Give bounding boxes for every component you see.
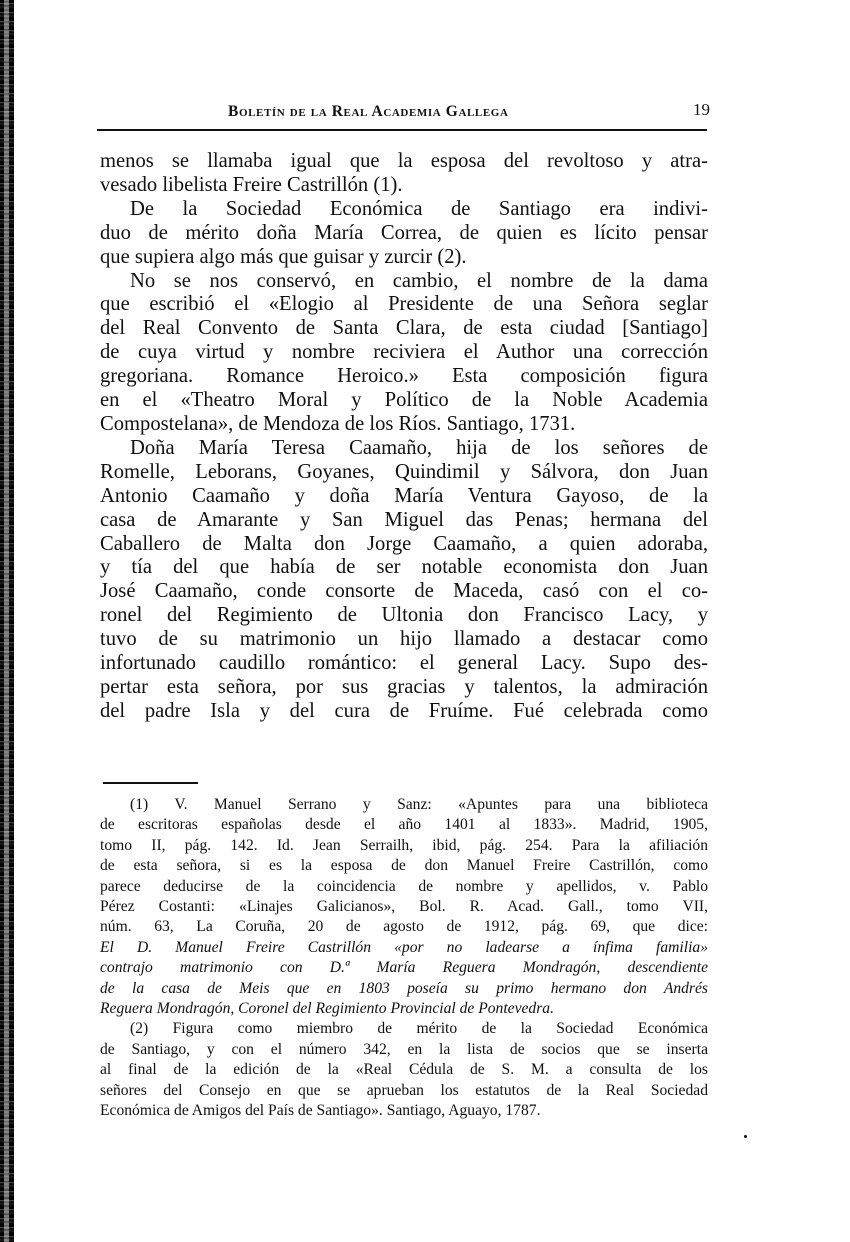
footnotes: (1) V. Manuel Serrano y Sanz: «Apuntes p… (100, 795, 708, 1122)
footnote-line: de Santiago, y con el número 342, en la … (100, 1040, 708, 1060)
text-line: Compostelana», de Mendoza de los Ríos. S… (100, 413, 708, 437)
footnote-line: de escritoras españolas desde el año 140… (100, 815, 708, 835)
text-line: que escribió el «Elogio al Presidente de… (100, 293, 708, 317)
footnote-line-italic: contrajo matrimonio con D.ª María Reguer… (100, 958, 708, 978)
footnote-2: (2) Figura como miembro de mérito de la … (100, 1019, 708, 1121)
text-line: en el «Theatro Moral y Político de la No… (100, 389, 708, 413)
footnote-line-italic: El D. Manuel Freire Castrillón «por no l… (100, 938, 708, 958)
text-line: No se nos conservó, en cambio, el nombre… (100, 270, 708, 294)
paragraph: Doña María Teresa Caamaño, hija de los s… (100, 437, 708, 724)
footnote-line: Económica de Amigos del País de Santiago… (100, 1101, 708, 1121)
text-line: Doña María Teresa Caamaño, hija de los s… (100, 437, 708, 461)
text-line: del padre Isla y del cura de Fruíme. Fué… (100, 700, 708, 724)
footnote-line: parece deducirse de la coincidencia de n… (100, 877, 708, 897)
text-line: De la Sociedad Económica de Santiago era… (100, 198, 708, 222)
footnote-line-italic: Reguera Mondragón, Coronel del Regimient… (100, 999, 708, 1019)
running-head: Boletín de la Real Academia Gallega 19 (100, 99, 710, 123)
text-line: y tía del que había de ser notable econo… (100, 556, 708, 580)
footnote-line: al final de la edición de la «Real Cédul… (100, 1060, 708, 1080)
footnote-1: (1) V. Manuel Serrano y Sanz: «Apuntes p… (100, 795, 708, 1019)
text-line: Antonio Caamaño y doña María Ventura Gay… (100, 485, 708, 509)
text-line: José Caamaño, conde consorte de Maceda, … (100, 580, 708, 604)
footnote-rule (103, 782, 198, 784)
footnote-line: tomo II, pág. 142. Id. Jean Serrailh, ib… (100, 836, 708, 856)
footnote-line-italic: de la casa de Meis que en 1803 poseía su… (100, 979, 708, 999)
body-text: menos se llamaba igual que la esposa del… (100, 150, 708, 724)
header-rule (97, 129, 707, 131)
page-number: 19 (693, 100, 710, 120)
paragraph: menos se llamaba igual que la esposa del… (100, 150, 708, 198)
text-line: vesado libelista Freire Castrillón (1). (100, 174, 708, 198)
text-line: infortunado caudillo romántico: el gener… (100, 652, 708, 676)
text-line: ronel del Regimiento de Ultonia don Fran… (100, 604, 708, 628)
footnote-line: Pérez Costanti: «Linajes Galicianos», Bo… (100, 897, 708, 917)
paragraph: De la Sociedad Económica de Santiago era… (100, 198, 708, 270)
text-line: casa de Amarante y San Miguel das Penas;… (100, 509, 708, 533)
footnote-line: núm. 63, La Coruña, 20 de agosto de 1912… (100, 917, 708, 937)
text-line: del Real Convento de Santa Clara, de est… (100, 317, 708, 341)
text-line: duo de mérito doña María Correa, de quie… (100, 222, 708, 246)
scan-binding-edge (0, 0, 14, 1242)
footnote-line: señores del Consejo en que se aprueban l… (100, 1081, 708, 1101)
text-line: menos se llamaba igual que la esposa del… (100, 150, 708, 174)
scan-speck (744, 1135, 747, 1138)
footnote-line: de esta señora, si es la esposa de don M… (100, 856, 708, 876)
text-line: Caballero de Malta don Jorge Caamaño, a … (100, 533, 708, 557)
text-line: pertar esta señora, por sus gracias y ta… (100, 676, 708, 700)
text-line: de cuya virtud y nombre reciviera el Aut… (100, 341, 708, 365)
text-line: que supiera algo más que guisar y zurcir… (100, 246, 708, 270)
text-line: tuvo de su matrimonio un hijo llamado a … (100, 628, 708, 652)
paragraph: No se nos conservó, en cambio, el nombre… (100, 270, 708, 437)
running-title: Boletín de la Real Academia Gallega (228, 103, 509, 121)
footnote-line: (1) V. Manuel Serrano y Sanz: «Apuntes p… (100, 795, 708, 815)
text-line: gregoriana. Romance Heroico.» Esta compo… (100, 365, 708, 389)
text-line: Romelle, Leborans, Goyanes, Quindimil y … (100, 461, 708, 485)
footnote-line: (2) Figura como miembro de mérito de la … (100, 1019, 708, 1039)
